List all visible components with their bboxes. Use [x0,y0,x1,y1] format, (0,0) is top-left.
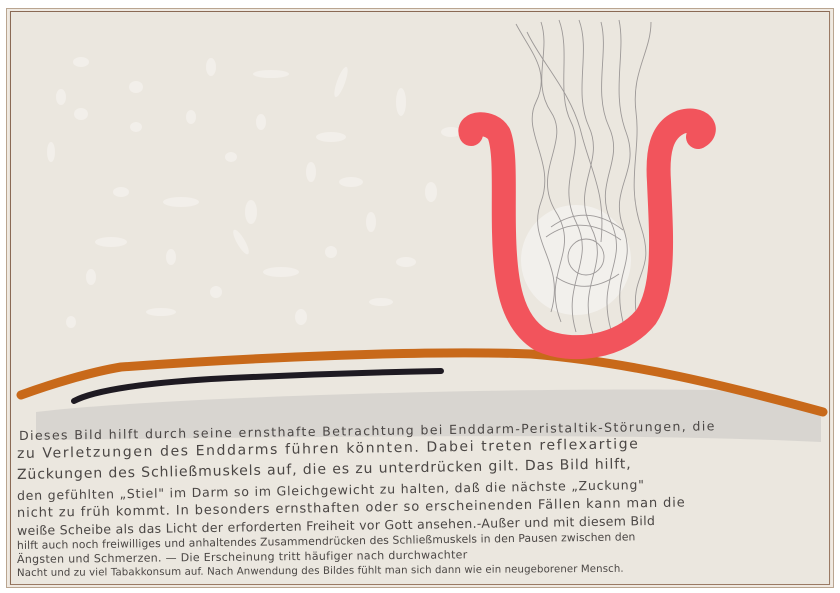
painting-canvas: Dieses Bild hilft durch seine ernsthafte… [10,11,830,585]
inscription-line-9: Nacht und zu viel Tabakkonsum auf. Nach … [17,564,624,579]
handwritten-inscription: Dieses Bild hilft durch seine ernsthafte… [11,12,829,584]
